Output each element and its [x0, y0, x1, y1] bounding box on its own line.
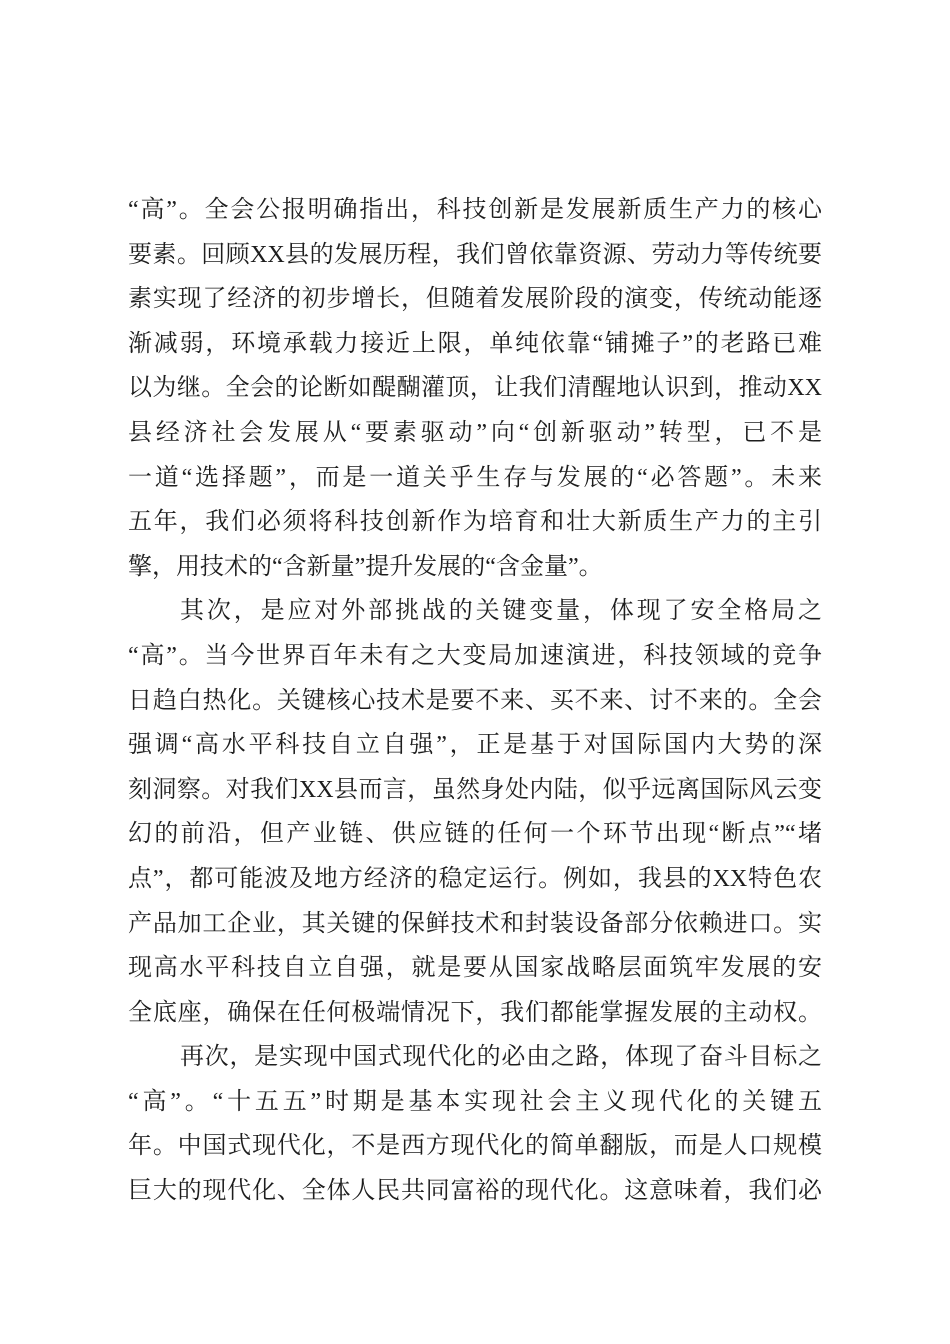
text-line: 点”，都可能波及地方经济的稳定运行。例如，我县的XX特色农 [128, 857, 822, 902]
text-line: 五年，我们必须将科技创新作为培育和壮大新质生产力的主引 [128, 500, 822, 545]
text-line: 幻的前沿，但产业链、供应链的任何一个环节出现“断点”“堵 [128, 812, 822, 857]
text-line: 以为继。全会的论断如醍醐灌顶，让我们清醒地认识到，推动XX [128, 366, 822, 411]
text-line: 全底座，确保在任何极端情况下，我们都能掌握发展的主动权。 [128, 991, 822, 1036]
text-line: 巨大的现代化、全体人民共同富裕的现代化。这意味着，我们必 [128, 1169, 822, 1214]
text-line: “高”。“十五五”时期是基本实现社会主义现代化的关键五 [128, 1080, 822, 1125]
text-line: 强调“高水平科技自立自强”，正是基于对国际国内大势的深 [128, 723, 822, 768]
text-line: 素实现了经济的初步增长，但随着发展阶段的演变，传统动能逐 [128, 277, 822, 322]
text-line: 要素。回顾XX县的发展历程，我们曾依靠资源、劳动力等传统要 [128, 233, 822, 278]
text-line: 年。中国式现代化，不是西方现代化的简单翻版，而是人口规模 [128, 1124, 822, 1169]
text-line: 产品加工企业，其关键的保鲜技术和封装设备部分依赖进口。实 [128, 902, 822, 947]
text-line: 一道“选择题”，而是一道关乎生存与发展的“必答题”。未来 [128, 456, 822, 501]
document-body: “高”。全会公报明确指出，科技创新是发展新质生产力的核心 要素。回顾XX县的发展… [128, 188, 822, 1214]
paragraph-3: 再次，是实现中国式现代化的必由之路，体现了奋斗目标之 “高”。“十五五”时期是基… [128, 1035, 822, 1213]
text-line: “高”。全会公报明确指出，科技创新是发展新质生产力的核心 [128, 188, 822, 233]
text-line: 县经济社会发展从“要素驱动”向“创新驱动”转型，已不是 [128, 411, 822, 456]
text-line: 刻洞察。对我们XX县而言，虽然身处内陆，似乎远离国际风云变 [128, 768, 822, 813]
text-line: 再次，是实现中国式现代化的必由之路，体现了奋斗目标之 [128, 1035, 822, 1080]
text-line: 现高水平科技自立自强，就是要从国家战略层面筑牢发展的安 [128, 946, 822, 991]
text-line: 渐减弱，环境承载力接近上限，单纯依靠“铺摊子”的老路已难 [128, 322, 822, 367]
paragraph-1: “高”。全会公报明确指出，科技创新是发展新质生产力的核心 要素。回顾XX县的发展… [128, 188, 822, 589]
text-line: 其次，是应对外部挑战的关键变量，体现了安全格局之 [128, 589, 822, 634]
text-line: 擎，用技术的“含新量”提升发展的“含金量”。 [128, 545, 822, 590]
paragraph-2: 其次，是应对外部挑战的关键变量，体现了安全格局之 “高”。当今世界百年未有之大变… [128, 589, 822, 1035]
text-line: “高”。当今世界百年未有之大变局加速演进，科技领域的竞争 [128, 634, 822, 679]
text-line: 日趋白热化。关键核心技术是要不来、买不来、讨不来的。全会 [128, 679, 822, 724]
document-page: “高”。全会公报明确指出，科技创新是发展新质生产力的核心 要素。回顾XX县的发展… [0, 0, 950, 1344]
